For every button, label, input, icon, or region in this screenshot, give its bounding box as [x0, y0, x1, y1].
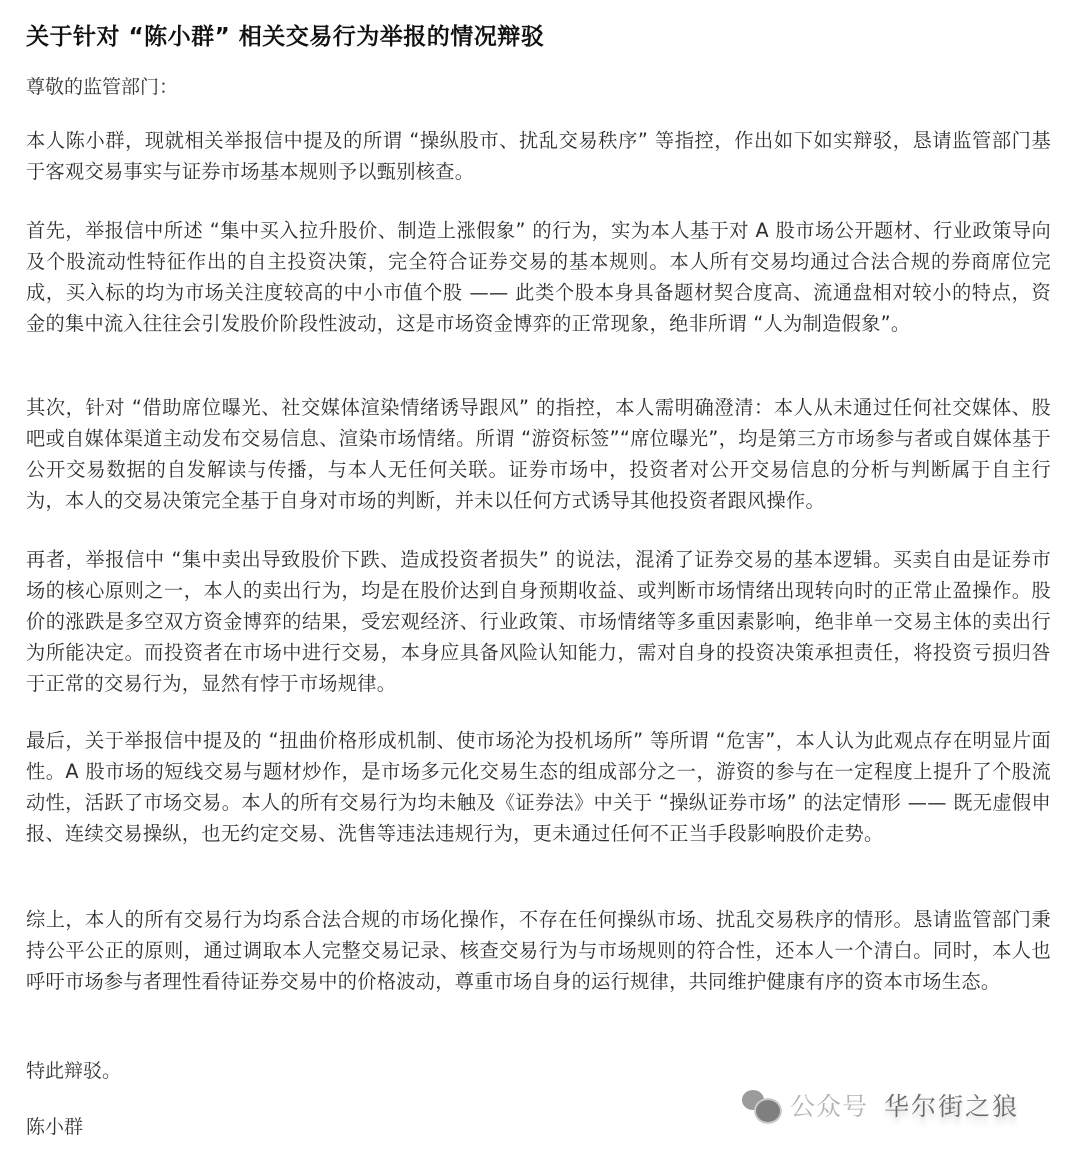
salutation: 尊敬的监管部门：	[26, 72, 178, 99]
watermark-label: 公众号	[790, 1087, 868, 1123]
paragraph-third-point: 再者，举报信中 “集中卖出导致股价下跌、造成投资者损失” 的说法，混淆了证券交易…	[26, 544, 1051, 699]
wechat-icon	[742, 1088, 784, 1122]
paragraph-conclusion: 综上，本人的所有交易行为均系合法合规的市场化操作，不存在任何操纵市场、扰乱交易秩…	[26, 904, 1051, 997]
paragraph-second-point: 其次，针对 “借助席位曝光、社交媒体渲染情绪诱导跟风” 的指控，本人需明确澄清：…	[26, 392, 1051, 516]
signature: 陈小群	[26, 1112, 83, 1139]
paragraph-first-point: 首先，举报信中所述 “集中买入拉升股价、制造上涨假象” 的行为，实为本人基于对 …	[26, 215, 1051, 339]
document-title: 关于针对 “陈小群” 相关交易行为举报的情况辩驳	[26, 18, 544, 51]
paragraph-fourth-point: 最后，关于举报信中提及的 “扭曲价格形成机制、使市场沦为投机场所” 等所谓 “危…	[26, 725, 1051, 849]
closing-line: 特此辩驳。	[26, 1056, 121, 1083]
paragraph-intro: 本人陈小群，现就相关举报信中提及的所谓 “操纵股市、扰乱交易秩序” 等指控，作出…	[26, 125, 1051, 187]
watermark-account: 华尔街之狼	[884, 1087, 1019, 1123]
watermark: 公众号 华尔街之狼	[742, 1087, 1019, 1123]
